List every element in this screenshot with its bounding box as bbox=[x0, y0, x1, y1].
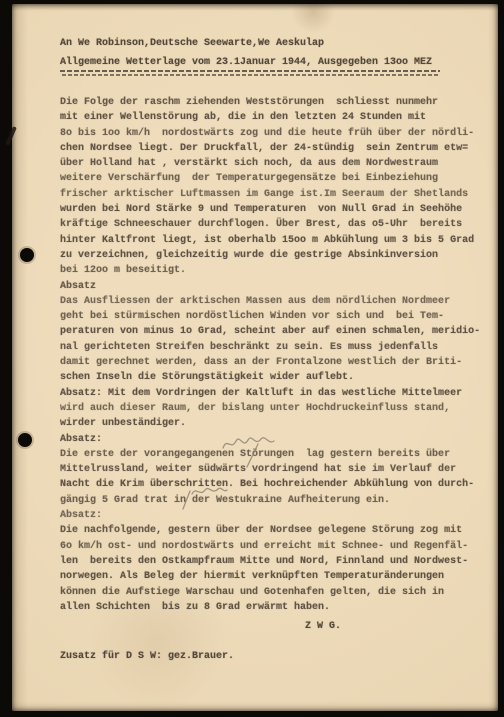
typed-line: Absatz: bbox=[60, 432, 500, 447]
signature: Z W G. bbox=[305, 621, 341, 632]
typed-line: Mittelrussland, weiter südwärts vordring… bbox=[60, 462, 500, 477]
document-page: An We Robinson,Deutsche Seewarte,We Aesk… bbox=[12, 4, 498, 711]
typed-line: bei 12oo m beseitigt. bbox=[60, 263, 500, 278]
typed-line: wird auch dieser Raum, der bislang unter… bbox=[60, 401, 500, 416]
typed-line: nal gerichteten Streifen beschränkt zu s… bbox=[60, 340, 500, 355]
typed-line: wirder unbeständiger. bbox=[60, 416, 500, 431]
title-underline bbox=[60, 70, 440, 77]
typed-line: allen Schichten bis zu 8 Grad erwärmt ha… bbox=[60, 600, 500, 615]
typed-line: Das Ausfliessen der arktischen Massen au… bbox=[60, 294, 500, 309]
typed-line: Absatz: bbox=[60, 508, 500, 523]
typed-line: Absatz: Mit dem Vordringen der Kaltluft … bbox=[60, 386, 500, 401]
typed-line: frischer arktischer Luftmassen im Gange … bbox=[60, 187, 500, 202]
typed-line: damit gerechnet werden, dass an der Fron… bbox=[60, 355, 500, 370]
title-line: Allgemeine Wetterlage vom 23.1Januar 194… bbox=[60, 57, 432, 68]
typed-line: weitere Verschärfung der Temperaturgegen… bbox=[60, 171, 500, 186]
typed-line: Die Folge der raschm ziehenden Weststöru… bbox=[60, 95, 500, 110]
body-text: Die Folge der raschm ziehenden Weststöru… bbox=[60, 95, 500, 615]
typed-line: Absatz bbox=[60, 279, 500, 294]
punch-hole-bottom bbox=[18, 433, 32, 447]
typed-line: norwegen. Als Beleg der hiermit verknüpf… bbox=[60, 569, 500, 584]
punch-hole-top bbox=[20, 248, 34, 262]
typed-line: hinter Kaltfront liegt, ist oberhalb 15o… bbox=[60, 233, 500, 248]
scanned-document: An We Robinson,Deutsche Seewarte,We Aesk… bbox=[0, 0, 504, 717]
typed-line: Nacht die Krim überschritten. Bei hochre… bbox=[60, 477, 500, 492]
typed-line: über Holland hat , verstärkt sich noch, … bbox=[60, 156, 500, 171]
typed-line: peraturen von minus 1o Grad, scheint abe… bbox=[60, 324, 500, 339]
typed-line: Die nachfolgende, gestern über der Nords… bbox=[60, 523, 500, 538]
typed-line: kräftige Schneeschauer durchflogen. Über… bbox=[60, 217, 500, 232]
typed-line: mit einer Wellenstörung ab, die in den l… bbox=[60, 110, 500, 125]
typed-line: können die Aufstiege Warschau und Gotenh… bbox=[60, 585, 500, 600]
typed-line: 6o km/h ost- und nordostwärts und erreic… bbox=[60, 539, 500, 554]
typed-line: geht bei stürmischen nordöstlichen Winde… bbox=[60, 309, 500, 324]
typed-line: Die erste der vorangegangenen Störungen … bbox=[60, 447, 500, 462]
typed-line: schen Inseln die Störungstätigkeit wider… bbox=[60, 370, 500, 385]
typed-line: gängig 5 Grad trat in der Westukraine Au… bbox=[60, 493, 500, 508]
recipient-line: An We Robinson,Deutsche Seewarte,We Aesk… bbox=[60, 38, 324, 49]
typed-line: chen Nordsee liegt. Der Druckfall, der 2… bbox=[60, 141, 500, 156]
typed-line: zu verzeichnen, gleichzeitig wurde die g… bbox=[60, 248, 500, 263]
typed-line: len bereits den Ostkampfraum Mitte und N… bbox=[60, 554, 500, 569]
margin-ink-mark bbox=[5, 126, 17, 146]
typed-line: wurden bei Nord Stärke 9 und Temperature… bbox=[60, 202, 500, 217]
footer-line: Zusatz für D S W: gez.Brauer. bbox=[60, 651, 234, 662]
typed-line: 8o bis 1oo km/h nordostwärts zog und die… bbox=[60, 126, 500, 141]
